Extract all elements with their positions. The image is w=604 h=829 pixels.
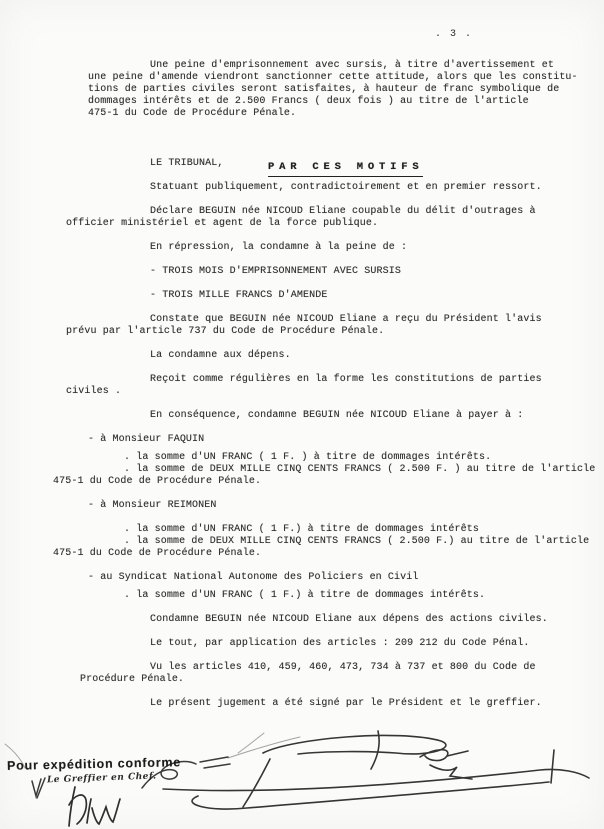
document-line: 475-1 du Code de Procédure Pénale. (0, 108, 604, 120)
document-line: Condamne BEGUIN née NICOUD Eliane aux dé… (0, 614, 604, 626)
document-line: officier ministériel et agent de la forc… (0, 218, 604, 230)
document-line: Procédure Pénale. (0, 674, 604, 686)
document-line: civiles . (0, 386, 604, 398)
document-line: En conséquence, condamne BEGUIN née NICO… (0, 410, 604, 422)
document-line: La condamne aux dépens. (0, 350, 604, 362)
intro-paragraph: Une peine d'emprisonnement avec sursis, … (0, 60, 604, 120)
document-line: - TROIS MOIS D'EMPRISONNEMENT AVEC SURSI… (0, 266, 604, 278)
scanned-judgment-page: . 3 . Une peine d'emprisonnement avec su… (0, 0, 604, 829)
document-line: prévu par l'article 737 du Code de Procé… (0, 326, 604, 338)
stamp-text: Pour expédition conforme (7, 755, 181, 773)
document-line: - à Monsieur FAQUIN (0, 434, 604, 446)
document-line: . la somme d'UN FRANC ( 1 F.) à titre de… (0, 524, 604, 536)
document-line: Le tout, par application des articles : … (0, 638, 604, 650)
document-line: Une peine d'emprisonnement avec sursis, … (0, 60, 604, 72)
document-line: Déclare BEGUIN née NICOUD Eliane coupabl… (0, 206, 604, 218)
document-line: Le présent jugement a été signé par le P… (0, 698, 604, 710)
judgment-text: Une peine d'emprisonnement avec sursis, … (0, 60, 604, 710)
heading-row: PAR CES MOTIFS (0, 120, 604, 140)
document-line: Reçoit comme régulières en la forme les … (0, 374, 604, 386)
president-signature-scribble (163, 731, 589, 809)
document-line: . la somme d'UN FRANC ( 1 F.) à titre de… (0, 590, 604, 602)
document-line: 475-1 du Code de Procédure Pénale. (0, 548, 604, 560)
judgment-heading: PAR CES MOTIFS (268, 160, 423, 177)
document-line: - au Syndicat National Autonome des Poli… (0, 572, 604, 584)
page-number: . 3 . (435, 29, 473, 41)
clerk-initials-scribble (69, 787, 120, 826)
document-line: . la somme d'UN FRANC ( 1 F. ) à titre d… (0, 452, 604, 464)
document-line: . la somme de DEUX MILLE CINQ CENTS FRAN… (0, 464, 604, 476)
document-line: Statuant publiquement, contradictoiremen… (0, 182, 604, 194)
document-line: En répression, la condamne à la peine de… (0, 242, 604, 254)
document-line: une peine d'amende viendront sanctionner… (0, 72, 604, 84)
document-line: 475-1 du Code de Procédure Pénale. (0, 476, 604, 488)
document-line: dommages intérêts et de 2.500 Francs ( d… (0, 96, 604, 108)
document-line: Vu les articles 410, 459, 460, 473, 734 … (0, 662, 604, 674)
greffier-title-text: Le Greffier en Chef. (47, 771, 181, 786)
expedition-stamp: Pour expédition conforme Le Greffier en … (7, 757, 181, 783)
judgment-body: LE TRIBUNAL,Statuant publiquement, contr… (0, 158, 604, 710)
document-line: - TROIS MILLE FRANCS D'AMENDE (0, 290, 604, 302)
document-line: - à Monsieur REIMONEN (0, 500, 604, 512)
document-line: . la somme de DEUX MILLE CINQ CENTS FRAN… (0, 536, 604, 548)
document-line: Constate que BEGUIN née NICOUD Eliane a … (0, 314, 604, 326)
document-line: tions de parties civiles seront satisfai… (0, 84, 604, 96)
